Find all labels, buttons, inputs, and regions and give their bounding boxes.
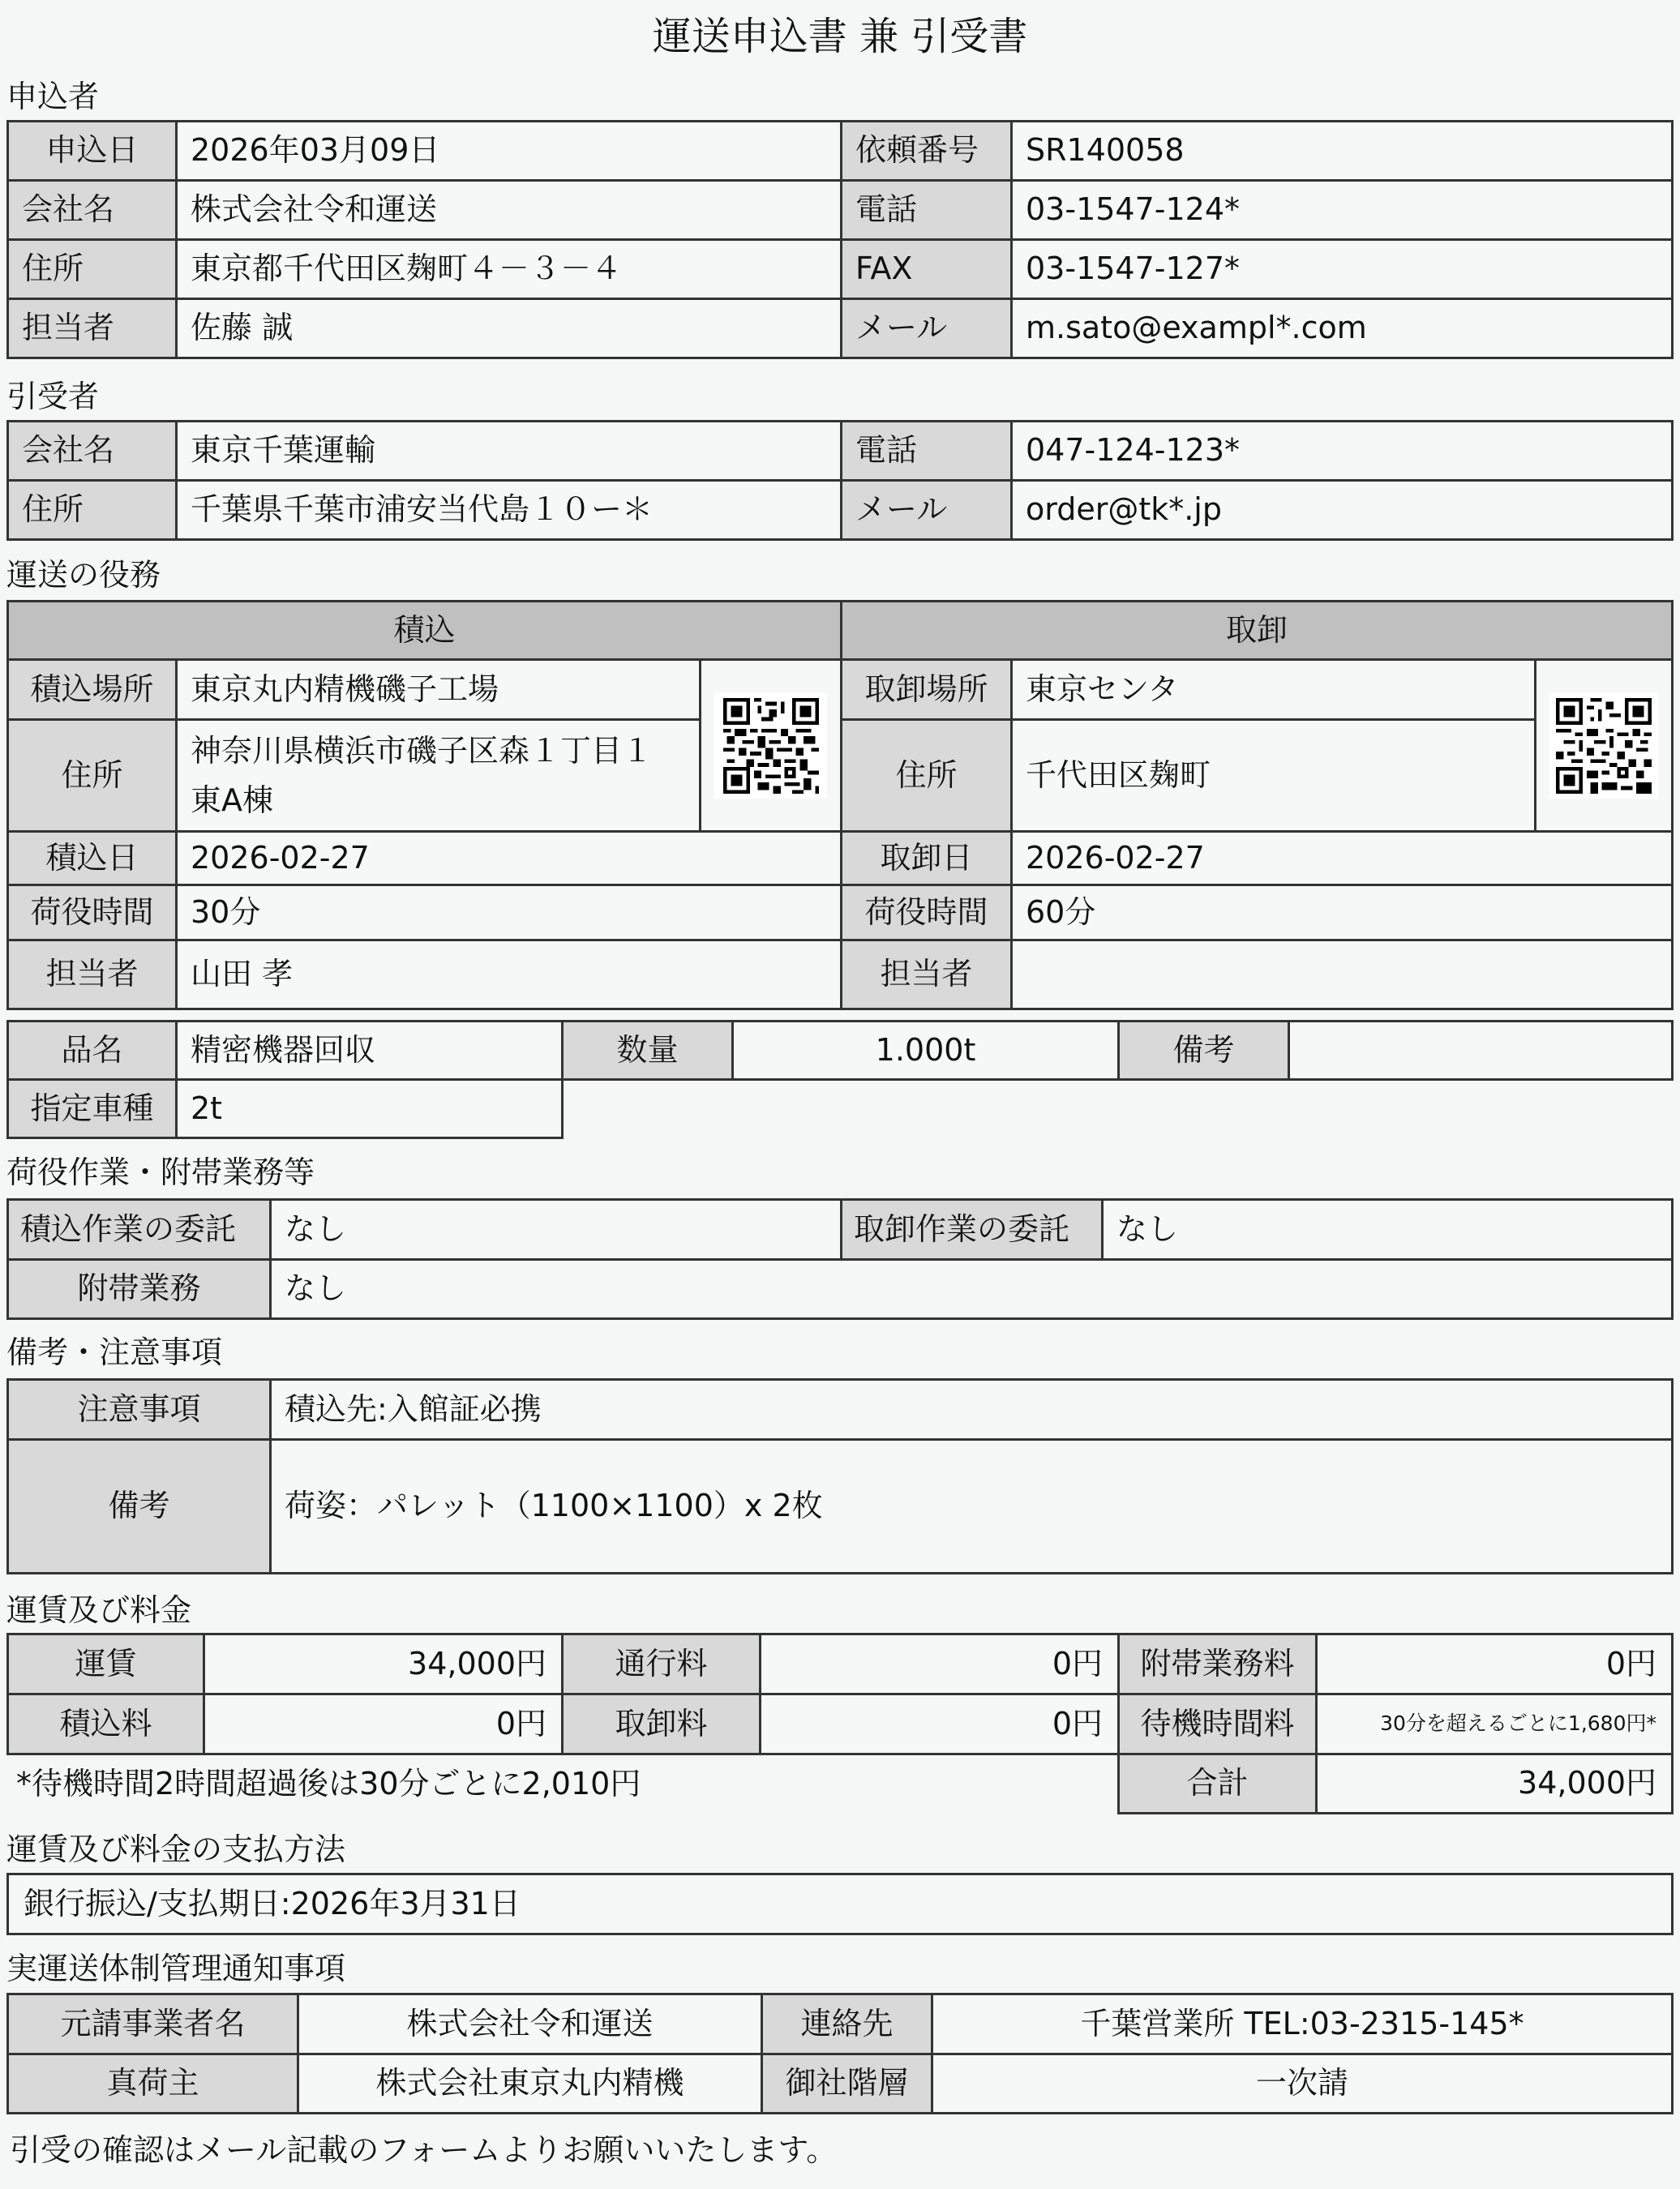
header-loading: 積込 (6, 600, 842, 661)
section-label-notes: 備考・注意事項 (6, 1333, 222, 1372)
value-notes-remarks: 荷姿：パレット（1100×1100）x 2枚 (269, 1438, 1674, 1574)
label-unloading-address: 住所 (840, 718, 1013, 833)
label-true-shipper: 真荷主 (6, 2053, 299, 2114)
label-loading-date: 積込日 (6, 830, 178, 886)
label-item: 品名 (6, 1020, 178, 1081)
label-total: 合計 (1117, 1753, 1318, 1814)
value-vehicle-type: 2t (175, 1078, 564, 1139)
value-total: 34,000円 (1315, 1753, 1674, 1814)
label-tier: 御社階層 (761, 2053, 933, 2114)
section-label-payment: 運賃及び料金の支払方法 (6, 1830, 345, 1869)
value-loading-fee: 0円 (203, 1693, 564, 1755)
value-waiting-fee: 30分を超えるごとに1,680円* (1315, 1693, 1674, 1755)
value-unloading-address: 千代田区麹町 (1010, 718, 1536, 833)
value-request-number: SR140058 (1010, 120, 1674, 182)
value-unloading-person (1010, 939, 1674, 1010)
value-tier: 一次請 (931, 2053, 1674, 2114)
value-application-date: 2026年03月09日 (175, 120, 842, 182)
label-address: 住所 (6, 238, 178, 300)
label-receiver-company: 会社名 (6, 420, 178, 482)
value-address: 東京都千代田区麹町４－３－４ (175, 238, 842, 300)
value-unloading-consign: なし (1101, 1198, 1674, 1261)
value-ancillary-fee: 0円 (1315, 1633, 1674, 1695)
value-freight: 34,000円 (203, 1633, 564, 1695)
value-loading-place: 東京丸内精機磯子工場 (175, 658, 701, 721)
section-label-fees: 運賃及び料金 (6, 1591, 191, 1630)
label-unloading-consign: 取卸作業の委託 (840, 1198, 1104, 1261)
label-receiver-address: 住所 (6, 479, 178, 541)
waiting-fee-footnote: *待機時間2時間超過後は30分ごとに2,010円 (16, 1764, 641, 1803)
label-unloading-place: 取卸場所 (840, 658, 1013, 721)
value-email[interactable]: m.sato@exampl*.com (1010, 298, 1674, 359)
unloading-qr-cell (1534, 658, 1674, 833)
label-prime-contractor: 元請事業者名 (6, 1993, 299, 2055)
label-contact-person: 担当者 (6, 298, 178, 359)
label-unloading-person: 担当者 (840, 939, 1013, 1010)
label-unloading-fee: 取卸料 (561, 1693, 761, 1755)
header-unloading: 取卸 (840, 600, 1674, 661)
label-goods-remarks: 備考 (1117, 1020, 1290, 1081)
value-true-shipper: 株式会社東京丸内精機 (297, 2053, 763, 2114)
label-phone: 電話 (840, 179, 1013, 241)
value-payment-method: 銀行振込/支払期日:2026年3月31日 (6, 1873, 1674, 1935)
value-toll: 0円 (759, 1633, 1120, 1695)
label-loading-handling-time: 荷役時間 (6, 884, 178, 941)
label-company: 会社名 (6, 179, 178, 241)
value-unloading-place: 東京センタ (1010, 658, 1536, 721)
value-loading-date: 2026-02-27 (175, 830, 842, 886)
section-label-receiver: 引受者 (6, 377, 99, 416)
footer-note: 引受の確認はメール記載のフォームよりお願いいたします。 (10, 2131, 837, 2170)
label-quantity: 数量 (561, 1020, 734, 1081)
label-ancillary-fee: 附帯業務料 (1117, 1633, 1318, 1695)
value-phone: 03-1547-124* (1010, 179, 1674, 241)
label-receiver-email: メール (840, 479, 1013, 541)
label-email: メール (840, 298, 1013, 359)
value-loading-person: 山田 孝 (175, 939, 842, 1010)
value-ancillary-work: なし (269, 1258, 1674, 1320)
label-fax: FAX (840, 238, 1013, 300)
label-loading-person: 担当者 (6, 939, 178, 1010)
label-contact: 連絡先 (761, 1993, 933, 2055)
label-request-number: 依頼番号 (840, 120, 1013, 182)
label-waiting-fee: 待機時間料 (1117, 1693, 1318, 1755)
label-loading-fee: 積込料 (6, 1693, 205, 1755)
label-receiver-phone: 電話 (840, 420, 1013, 482)
document-title: 運送申込書 兼 引受書 (0, 8, 1680, 65)
value-company: 株式会社令和運送 (175, 179, 842, 241)
label-unloading-handling-time: 荷役時間 (840, 884, 1013, 941)
section-label-applicant: 申込者 (6, 77, 99, 116)
label-loading-place: 積込場所 (6, 658, 178, 721)
value-contact-person: 佐藤 誠 (175, 298, 842, 359)
section-label-actual-transport: 実運送体制管理通知事項 (6, 1949, 345, 1988)
label-notes-remarks: 備考 (6, 1438, 272, 1574)
qr-code-icon[interactable] (714, 693, 827, 799)
value-receiver-address: 千葉県千葉市浦安当代島１０ー＊ (175, 479, 842, 541)
value-prime-contractor: 株式会社令和運送 (297, 1993, 763, 2055)
value-receiver-email[interactable]: order@tk*.jp (1010, 479, 1674, 541)
label-loading-consign: 積込作業の委託 (6, 1198, 272, 1261)
value-caution: 積込先:入館証必携 (269, 1378, 1674, 1441)
loading-qr-cell (699, 658, 842, 833)
value-receiver-phone: 047-124-123* (1010, 420, 1674, 482)
value-fax: 03-1547-127* (1010, 238, 1674, 300)
label-caution: 注意事項 (6, 1378, 272, 1441)
label-toll: 通行料 (561, 1633, 761, 1695)
label-freight: 運賃 (6, 1633, 205, 1695)
label-loading-address: 住所 (6, 718, 178, 833)
value-loading-consign: なし (269, 1198, 842, 1261)
label-ancillary-work: 附帯業務 (6, 1258, 272, 1320)
label-unloading-date: 取卸日 (840, 830, 1013, 886)
label-application-date: 申込日 (6, 120, 178, 182)
label-vehicle-type: 指定車種 (6, 1078, 178, 1139)
section-label-service: 運送の役務 (6, 555, 161, 594)
value-contact: 千葉営業所 TEL:03-2315-145* (931, 1993, 1674, 2055)
section-label-handling-work: 荷役作業・附帯業務等 (6, 1153, 315, 1192)
value-loading-handling-time: 30分 (175, 884, 842, 941)
value-goods-remarks (1288, 1020, 1674, 1081)
qr-code-icon[interactable] (1549, 693, 1658, 799)
value-unloading-handling-time: 60分 (1010, 884, 1674, 941)
value-receiver-company: 東京千葉運輸 (175, 420, 842, 482)
value-unloading-fee: 0円 (759, 1693, 1120, 1755)
value-unloading-date: 2026-02-27 (1010, 830, 1674, 886)
value-loading-address: 神奈川県横浜市磯子区森１丁目１ 東A棟 (175, 718, 701, 833)
value-quantity: 1.000t (731, 1020, 1120, 1081)
value-item: 精密機器回収 (175, 1020, 564, 1081)
